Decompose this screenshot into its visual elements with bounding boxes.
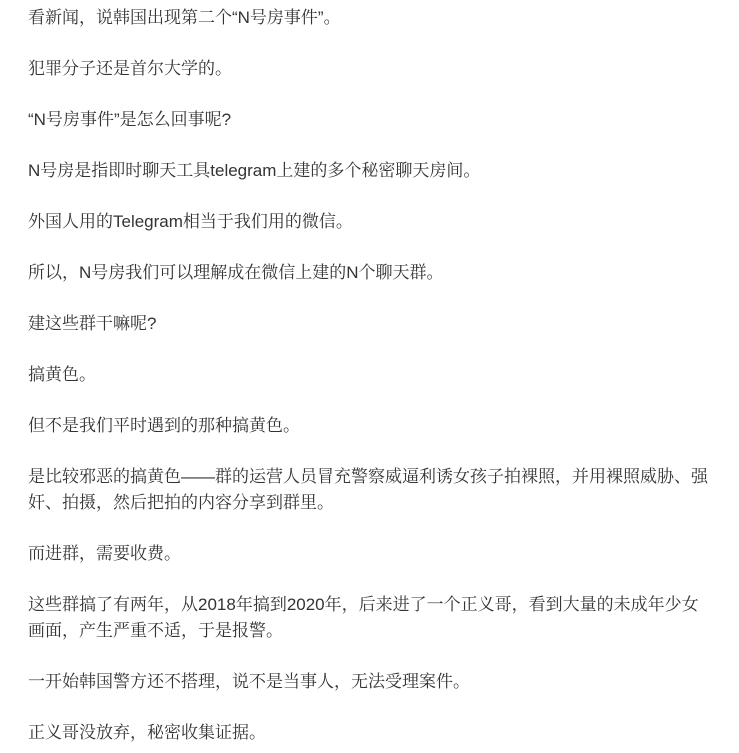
article-paragraph: 犯罪分子还是首尔大学的。 — [28, 56, 712, 82]
article-paragraph: 搞黄色。 — [28, 362, 712, 388]
article-paragraph: “N号房事件”是怎么回事呢? — [28, 107, 712, 133]
article-paragraph: 看新闻，说韩国出现第二个“N号房事件”。 — [28, 5, 712, 31]
article-paragraph: 一开始韩国警方还不搭理，说不是当事人，无法受理案件。 — [28, 669, 712, 695]
article-paragraph: 是比较邪恶的搞黄色——群的运营人员冒充警察威逼利诱女孩子拍裸照，并用裸照威胁、强… — [28, 464, 712, 516]
article-paragraph: 但不是我们平时遇到的那种搞黄色。 — [28, 413, 712, 439]
article-paragraph: 正义哥没放弃，秘密收集证据。 — [28, 720, 712, 746]
article-paragraph: 所以，N号房我们可以理解成在微信上建的N个聊天群。 — [28, 260, 712, 286]
article-paragraph: N号房是指即时聊天工具telegram上建的多个秘密聊天房间。 — [28, 158, 712, 184]
article-paragraph: 这些群搞了有两年，从2018年搞到2020年，后来进了一个正义哥，看到大量的未成… — [28, 592, 712, 644]
article-body: 看新闻，说韩国出现第二个“N号房事件”。 犯罪分子还是首尔大学的。 “N号房事件… — [0, 0, 739, 746]
article-paragraph: 建这些群干嘛呢? — [28, 311, 712, 337]
article-paragraph: 外国人用的Telegram相当于我们用的微信。 — [28, 209, 712, 235]
article-paragraph: 而进群，需要收费。 — [28, 541, 712, 567]
